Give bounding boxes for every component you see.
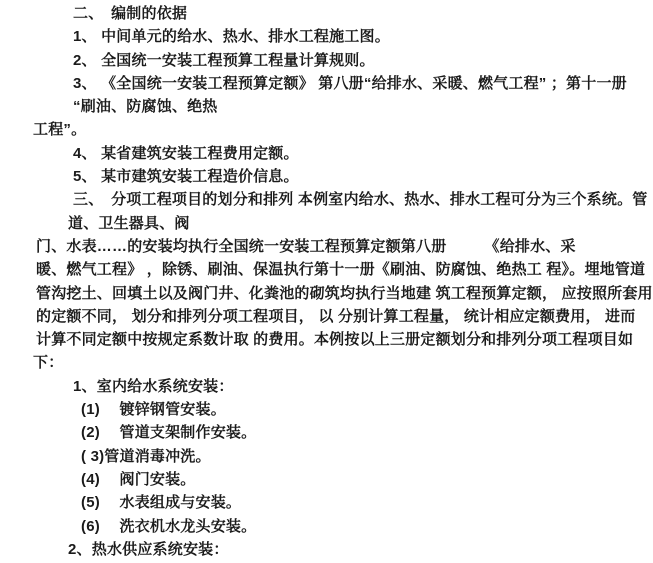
- paragraph-line: 道、卫生器具、阀: [68, 212, 653, 235]
- section-heading-basis: 二、 编制的依据: [73, 2, 653, 25]
- sub-item-6: (6) 洗衣机水龙头安装。: [81, 515, 653, 538]
- paragraph-line: 下：: [33, 351, 653, 374]
- numbered-item-5: 5、 某市建筑安装工程造价信息。: [73, 165, 653, 188]
- sub-item-2: (2) 管道支架制作安装。: [81, 421, 653, 444]
- list-heading-water-supply: 1、室内给水系统安装：: [73, 375, 653, 398]
- paragraph-line: 计算不同定额中按规定系数计取 的费用。本例按以上三册定额划分和排列分项工程项目如: [36, 328, 653, 351]
- document-body: 二、 编制的依据 1、 中间单元的给水、热水、排水工程施工图。 2、 全国统一安…: [0, 2, 653, 561]
- sub-item-5: (5) 水表组成与安装。: [81, 491, 653, 514]
- paragraph-line: 暖、燃气工程》 ，除锈、刷油、保温执行第十一册《刷油、防腐蚀、绝热工 程》。埋地…: [36, 258, 653, 281]
- paragraph-line: 门、水表……的安装均执行全国统一安装工程预算定额第八册 《给排水、采: [36, 235, 653, 258]
- sub-item-3: ( 3)管道消毒冲洗。: [81, 445, 653, 468]
- sub-item-4: (4) 阀门安装。: [81, 468, 653, 491]
- numbered-item-2: 2、 全国统一安装工程预算工程量计算规则。: [73, 49, 653, 72]
- list-heading-hot-water: 2、热水供应系统安装：: [68, 538, 653, 561]
- numbered-item-3-continuation: 工程”。: [33, 118, 653, 141]
- numbered-item-1: 1、 中间单元的给水、热水、排水工程施工图。: [73, 25, 653, 48]
- paragraph-line: 管沟挖土、回填土以及阀门井、化粪池的砌筑均执行当地建 筑工程预算定额， 应按照所…: [36, 282, 653, 305]
- numbered-item-3: 3、 《全国统一安装工程预算定额》 第八册“给排水、采暖、燃气工程” ；第十一册: [73, 72, 653, 95]
- numbered-item-3-continuation: “刷油、防腐蚀、绝热: [73, 95, 653, 118]
- document-page: 二、 编制的依据 1、 中间单元的给水、热水、排水工程施工图。 2、 全国统一安…: [0, 0, 653, 563]
- numbered-item-4: 4、 某省建筑安装工程费用定额。: [73, 142, 653, 165]
- paragraph-line: 的定额不同， 划分和排列分项工程项目， 以 分别计算工程量， 统计相应定额费用，…: [36, 305, 653, 328]
- sub-item-1: (1) 镀锌钢管安装。: [81, 398, 653, 421]
- section-heading-division: 三、 分项工程项目的划分和排列 本例室内给水、热水、排水工程可分为三个系统。管: [73, 188, 653, 211]
